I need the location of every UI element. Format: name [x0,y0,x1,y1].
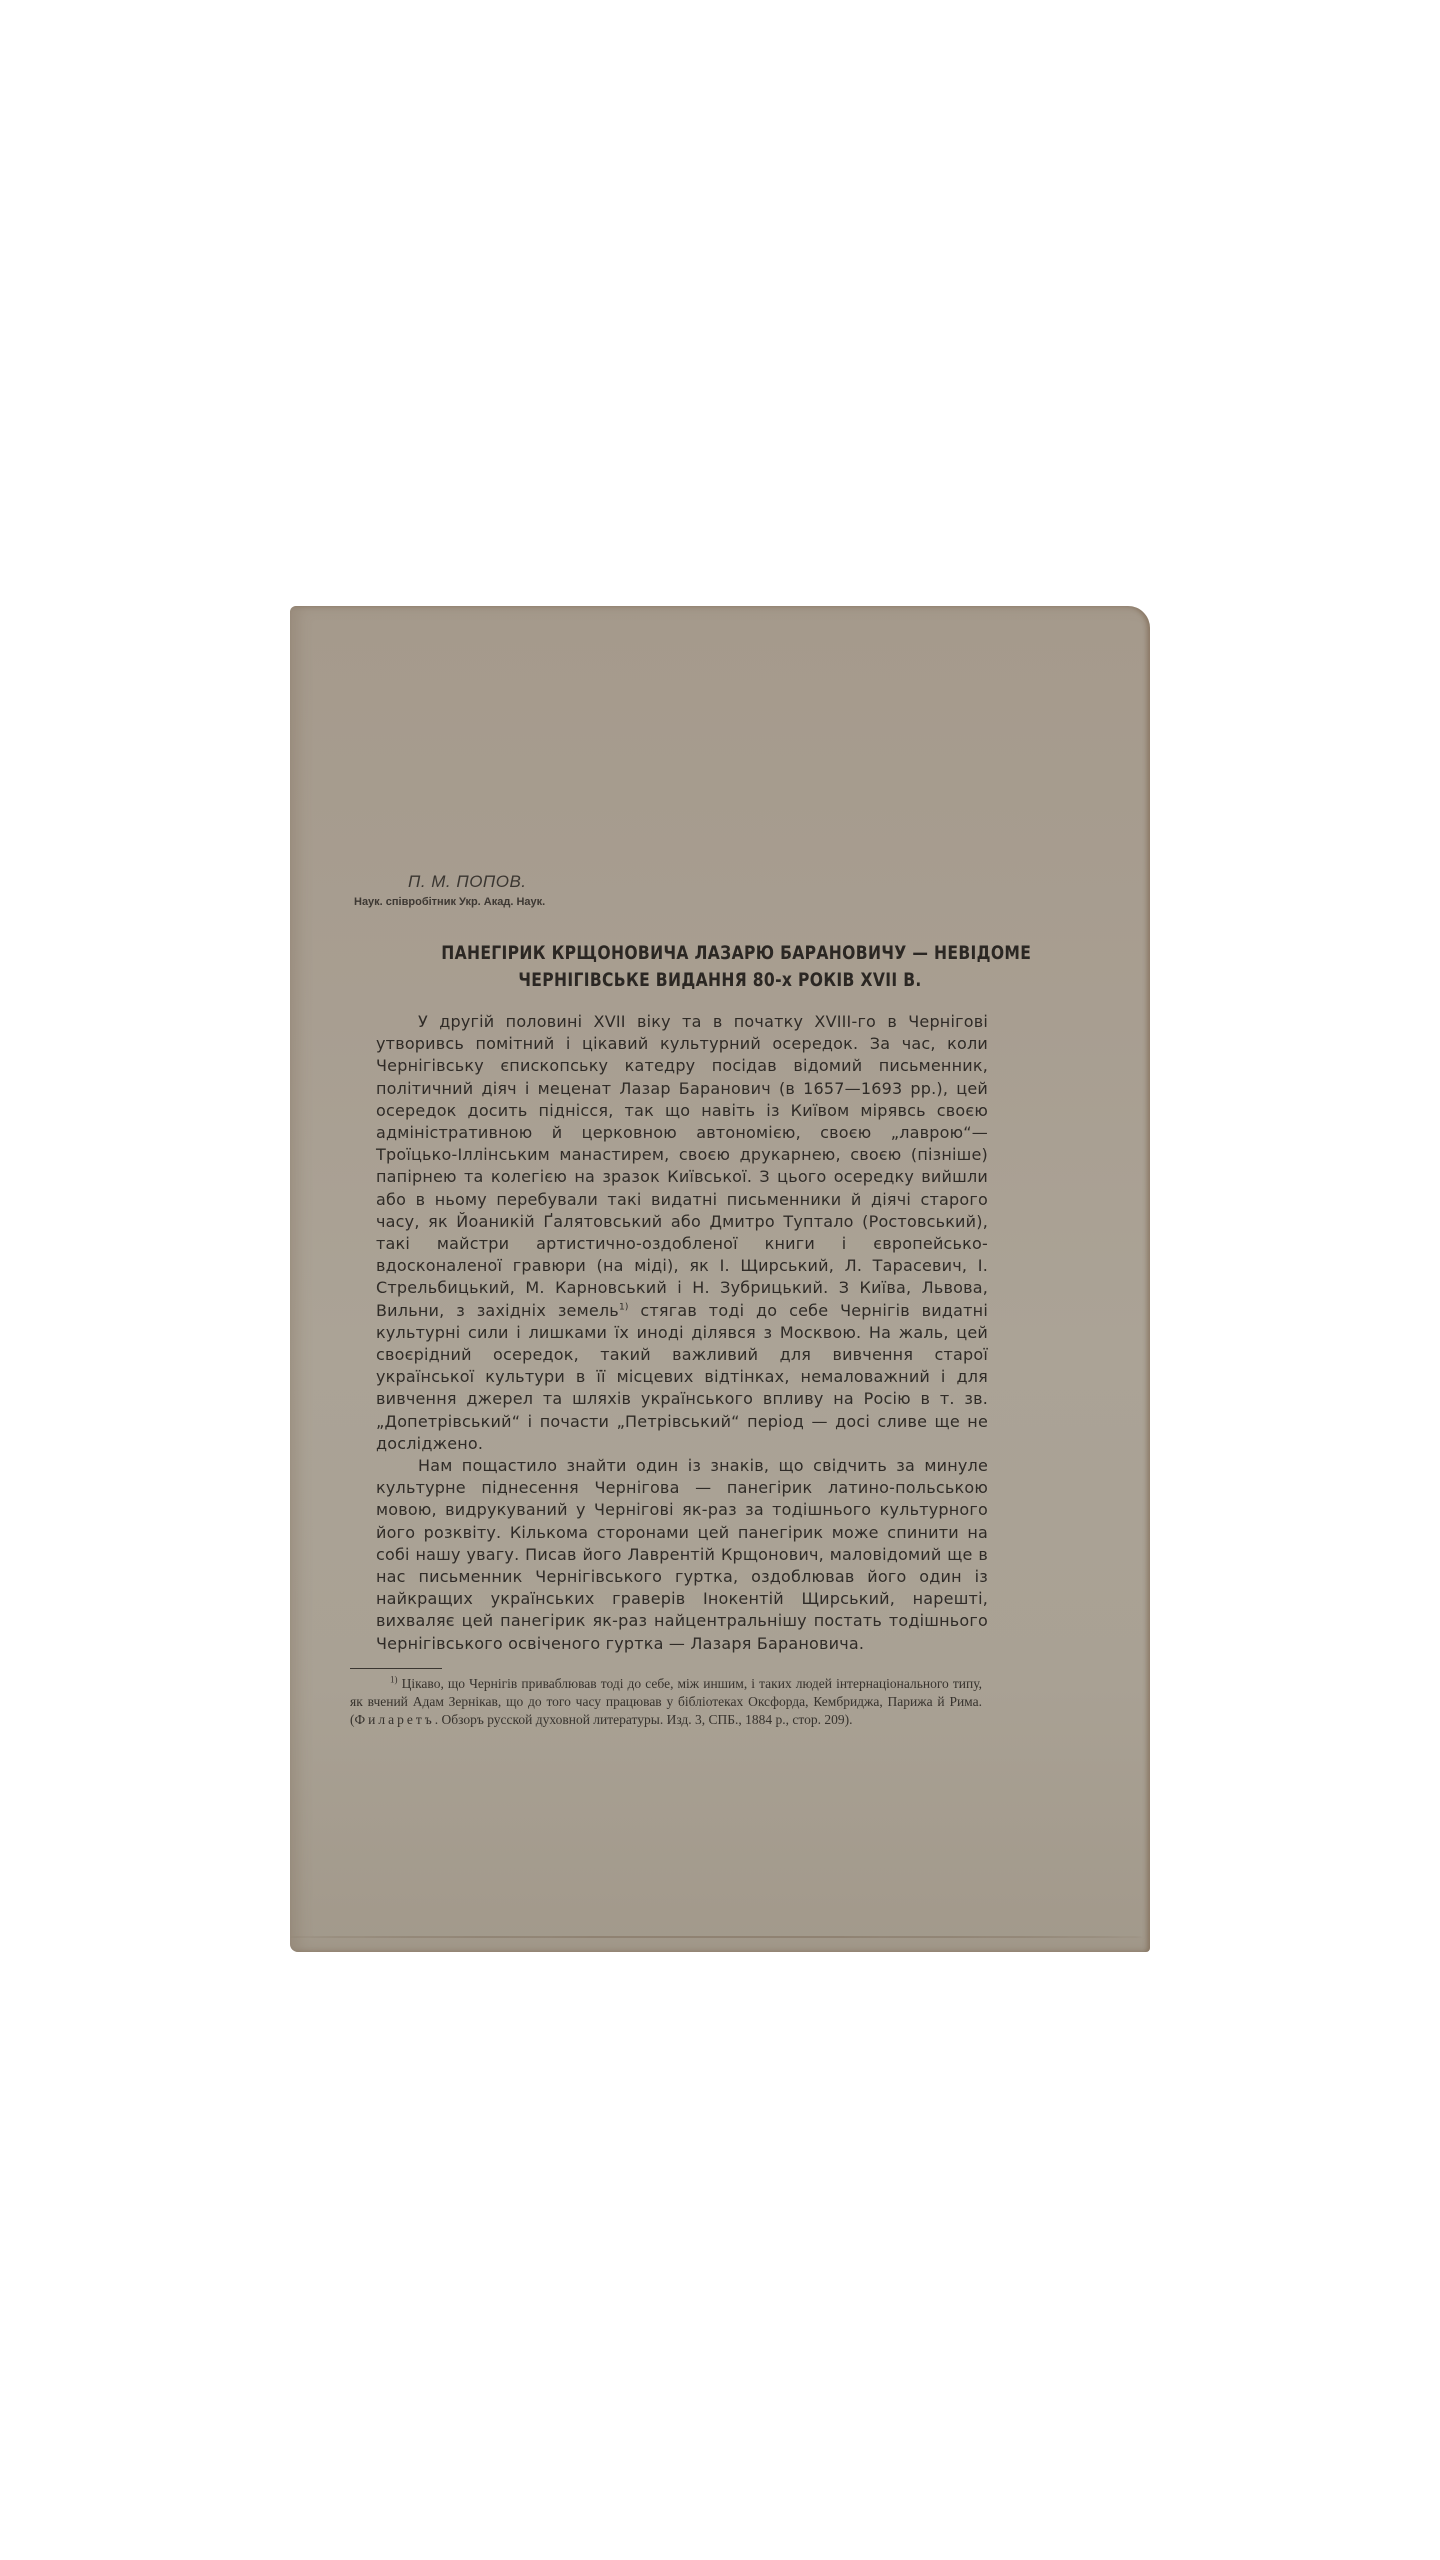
article-body: У другій половині XVII віку та в початку… [376,1011,988,1655]
title-line-2: ЧЕРНІГІВСЬКЕ ВИДАННЯ 80-х РОКІВ XVII В. [441,967,999,994]
footnote-mark: 1) [390,1675,398,1685]
paragraph-1-text-cont: стягав тоді до себе Чернігів видатні кул… [376,1301,988,1453]
footnote-cited-author: Филаретъ [355,1712,435,1727]
footnote-citation: . Обзоръ русской духовной литературы. Из… [435,1712,853,1727]
footnote-paragraph: 1) Цікаво, що Чернігів приваблював тоді … [350,1675,982,1729]
author-block: П. М. ПОПОВ. Наук. співробітник Укр. Ака… [408,872,527,892]
article-title: ПАНЕГІРИК КРЩОНОВИЧА ЛАЗАРЮ БАРАНОВИЧУ —… [441,940,999,994]
title-line-1: ПАНЕГІРИК КРЩОНОВИЧА ЛАЗАРЮ БАРАНОВИЧУ —… [441,940,999,967]
paragraph-1: У другій половині XVII віку та в початку… [376,1011,988,1455]
footnote-divider [350,1668,442,1669]
author-affiliation: Наук. співробітник Укр. Акад. Наук. [354,896,545,908]
paragraph-1-text: У другій половині XVII віку та в початку… [376,1012,988,1320]
footnote: 1) Цікаво, що Чернігів приваблював тоді … [350,1675,982,1729]
paragraph-2: Нам пощастило знайти один із знаків, що … [376,1455,988,1655]
footnote-reference[interactable]: 1) [619,1302,629,1312]
author-name: П. М. ПОПОВ. [408,872,527,892]
